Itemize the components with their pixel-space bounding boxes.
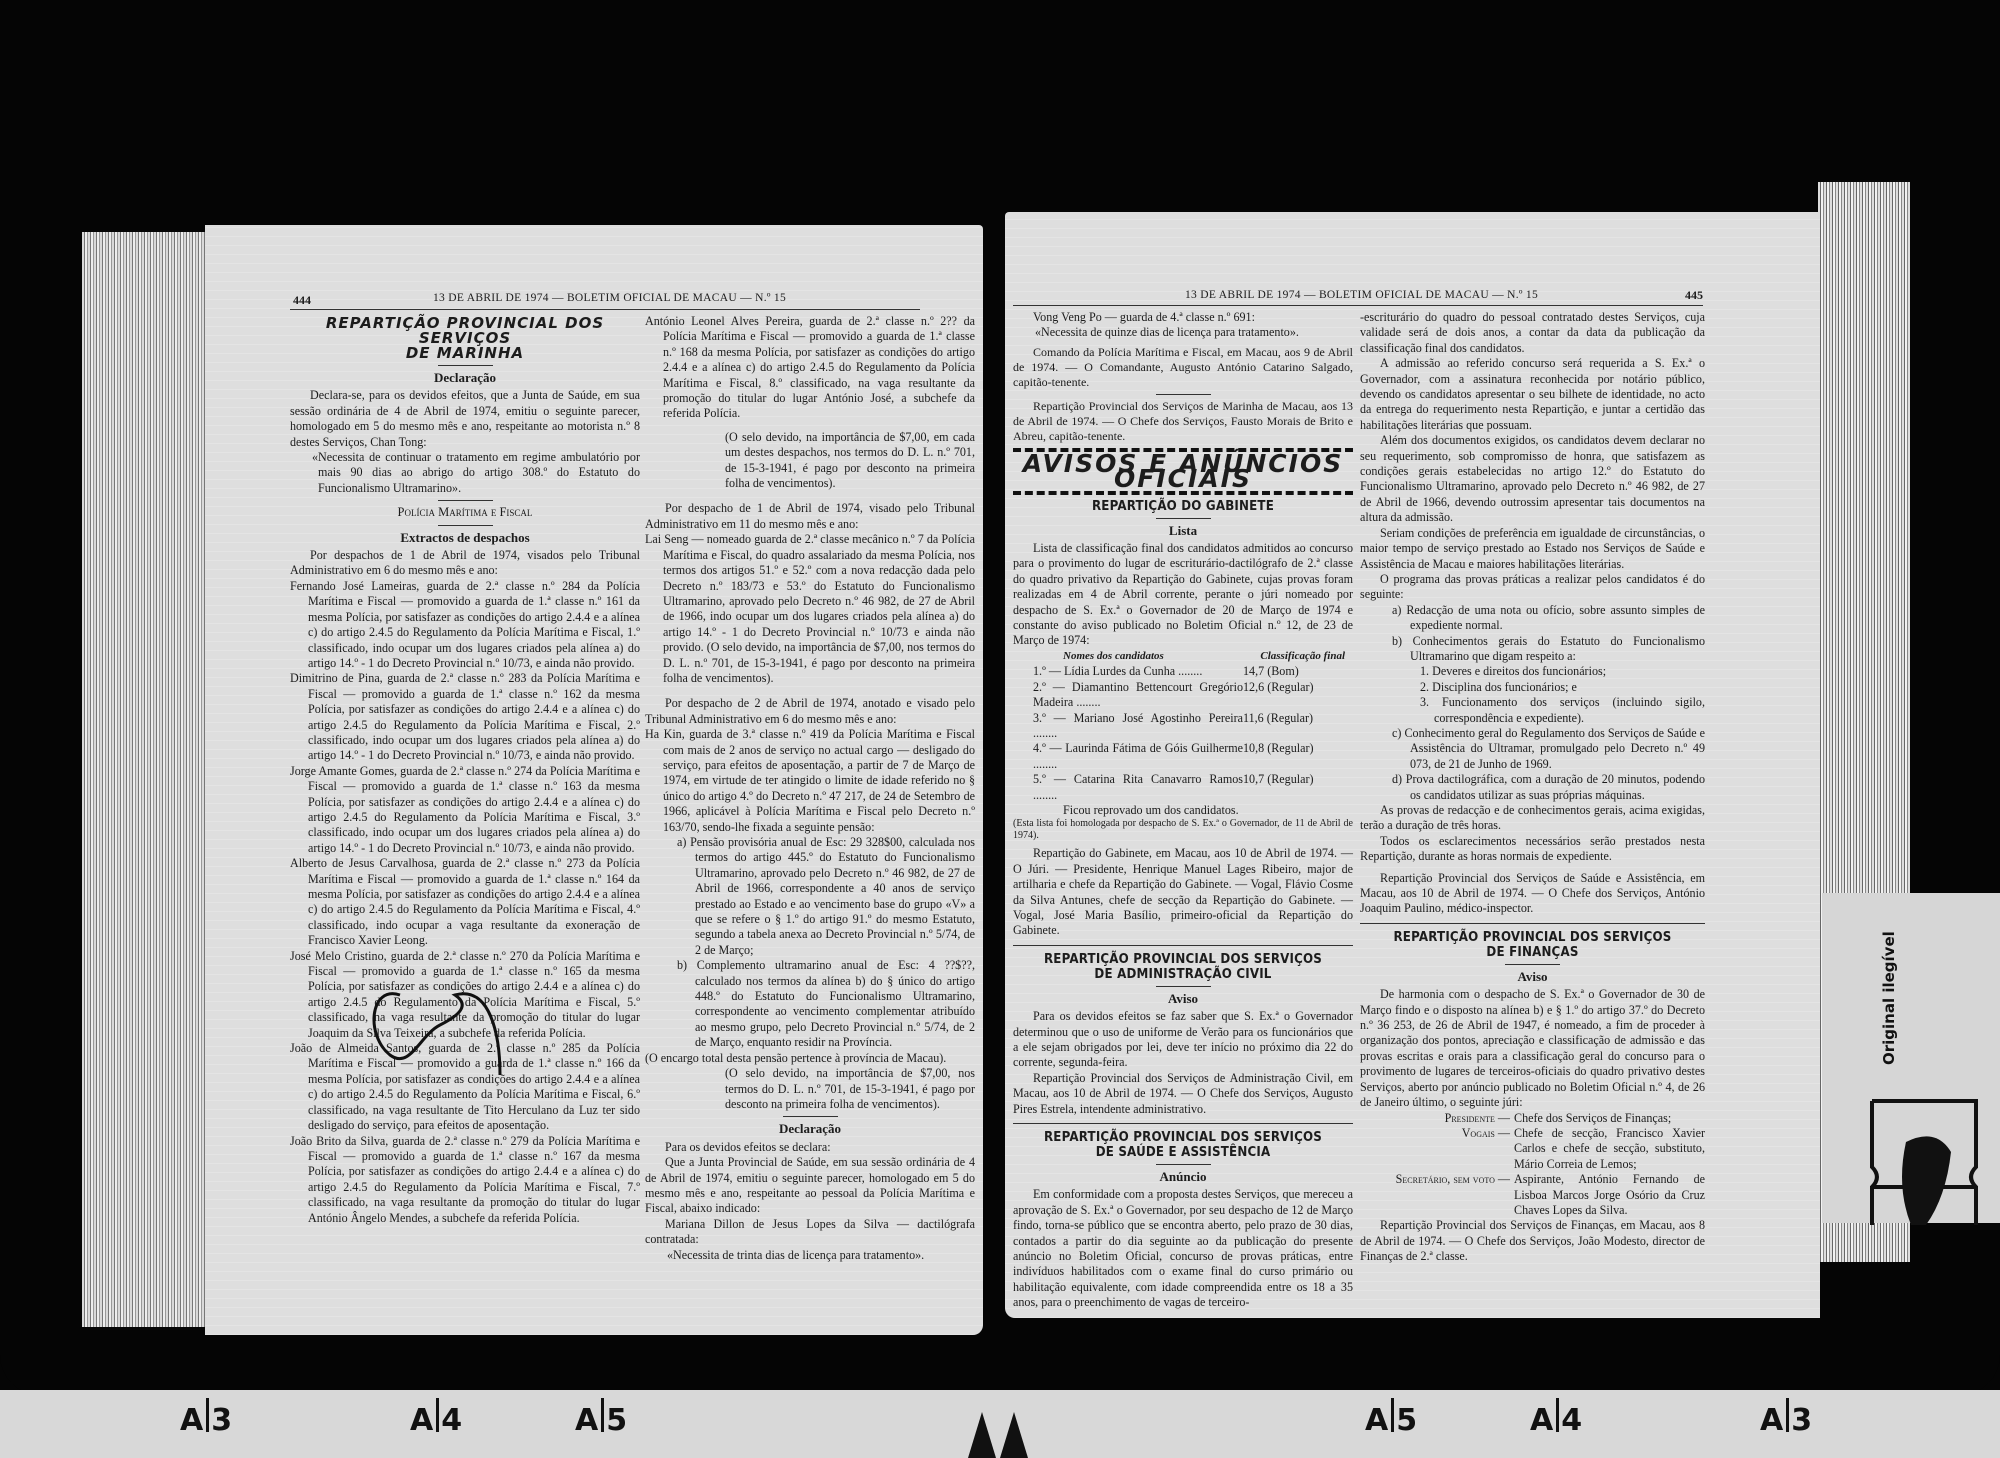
program-subitem: 3. Funcionamento dos serviços (incluindo… [1360,695,1705,726]
original-illegible-stamp: Original ilegível [1880,925,1910,1065]
dept-title-admin-civil: REPARTIÇÃO PROVINCIAL DOS SERVIÇOS DE AD… [1033,952,1332,982]
microfilm-frame-marker: A4 [1530,1398,1583,1438]
candidate-row: 5.º — Catarina Rita Canavarro Ramos ....… [1013,772,1353,803]
subsection-heading: Polícia Marítima e Fiscal [290,505,640,520]
divider [1360,923,1705,924]
heading-declaracao: Declaração [290,370,640,385]
signature-block: Comando da Polícia Marítima e Fiscal, em… [1013,345,1353,390]
jury-member: Chefe de secção, Francisco Xavier Carlos… [1514,1126,1705,1172]
left-page: 444 13 DE ABRIL DE 1974 — BOLETIM OFICIA… [205,225,983,1335]
dept-title-gabinete: REPARTIÇÃO DO GABINETE [1033,499,1332,514]
despacho-entry: António Leonel Alves Pereira, guarda de … [645,314,975,422]
page-number-left: 444 [293,293,311,308]
book-page-edges-left [82,232,207,1327]
paragraph: O programa das provas práticas a realiza… [1360,572,1705,603]
program-subitem: 1. Deveres e direitos dos funcionários; [1360,664,1705,679]
program-item: c) Conhecimento geral do Regulamento dos… [1360,726,1705,772]
despacho-entry: Ha Kin, guarda de 3.ª classe n.º 419 da … [645,727,975,835]
divider [438,365,493,366]
paragraph: (O encargo total desta pensão pertence à… [645,1051,975,1066]
page-number-right: 445 [1685,288,1703,303]
candidate-name: 3.º — Mariano José Agostinho Pereira ...… [1033,711,1243,742]
candidate-score: 14,7 (Bom) [1243,664,1353,679]
jury-row: Presidente —Chefe dos Serviços de Finanç… [1360,1111,1705,1126]
running-head-right: 13 DE ABRIL DE 1974 — BOLETIM OFICIAL DE… [1185,289,1538,301]
avisos-banner: AVISOS E ANÚNCIOS OFICIAIS [1013,448,1353,495]
signature-block: Repartição Provincial dos Serviços de Sa… [1360,871,1705,917]
program-item: b) Conhecimentos gerais do Estatuto do F… [1360,634,1705,665]
divider [1505,964,1560,965]
paragraph: Lista de classificação final dos candida… [1013,541,1353,649]
candidate-score: 11,6 (Regular) [1243,711,1353,742]
paragraph: Por despacho de 1 de Abril de 1974, visa… [645,501,975,532]
paragraph: Que a Junta Provincial de Saúde, em sua … [645,1155,975,1217]
candidate-row: 3.º — Mariano José Agostinho Pereira ...… [1013,711,1353,742]
paragraph: Para os devidos efeitos se declara: [645,1140,975,1155]
paragraph: Em conformidade com a proposta destes Se… [1013,1187,1353,1310]
dept-title-financas: REPARTIÇÃO PROVINCIAL DOS SERVIÇOS DE FI… [1381,930,1685,960]
candidate-name: 4.º — Laurinda Fátima de Góis Guilherme … [1033,741,1243,772]
paragraph: A admissão ao referido concurso será req… [1360,356,1705,433]
candidate-name: 2.º — Diamantino Bettencourt Gregório Ma… [1033,680,1243,711]
signature-block: Repartição do Gabinete, em Macau, aos 10… [1013,846,1353,938]
despacho-entry: João Brito da Silva, guarda de 2.ª class… [290,1134,640,1226]
paragraph: Por despacho de 2 de Abril de 1974, anot… [645,696,975,727]
divider [1013,945,1353,946]
divider [1156,394,1211,395]
microfilm-frame-marker: A3 [180,1398,233,1438]
candidate-score: 10,7 (Regular) [1243,772,1353,803]
divider [438,500,493,501]
selo-note: (O selo devido, na importância de $7,00,… [645,430,975,492]
heading-anuncio: Anúncio [1013,1169,1353,1184]
divider [1156,1164,1211,1165]
paragraph: Seriam condições de preferência em igual… [1360,526,1705,572]
microfilm-frame-marker: A3 [1760,1398,1813,1438]
left-page-column-2: António Leonel Alves Pereira, guarda de … [645,314,975,1263]
microfilm-frame-marker: A5 [575,1398,628,1438]
signature-block: Repartição Provincial dos Serviços de Fi… [1360,1218,1705,1264]
candidate-list-header: Nomes dos candidatos Classificação final [1013,649,1353,664]
jury-row: Secretário, sem voto —Aspirante, António… [1360,1172,1705,1218]
heading-lista: Lista [1013,523,1353,538]
program-subitem: 2. Disciplina dos funcionários; e [1360,680,1705,695]
program-item: d) Prova dactilográfica, com a duração d… [1360,772,1705,803]
divider [438,525,493,526]
right-page: 13 DE ABRIL DE 1974 — BOLETIM OFICIAL DE… [1005,212,1820,1318]
dept-title-saude: REPARTIÇÃO PROVINCIAL DOS SERVIÇOS DE SA… [1033,1130,1332,1160]
candidate-row: 1.º — Lídia Lurdes da Cunha ........14,7… [1013,664,1353,679]
program-item: a) Redacção de uma nota ou ofício, sobre… [1360,603,1705,634]
candidate-score: 10,8 (Regular) [1243,741,1353,772]
pension-item: b) Complemento ultramarino anual de Esc:… [645,958,975,1050]
note: (Esta lista foi homologada por despacho … [1013,818,1353,842]
paragraph: As provas de redacção e de conhecimentos… [1360,803,1705,834]
despacho-entry: Fernando José Lameiras, guarda de 2.ª cl… [290,579,640,671]
jury-list: Presidente —Chefe dos Serviços de Finanç… [1360,1111,1705,1219]
paragraph: Para os devidos efeitos se faz saber que… [1013,1009,1353,1071]
book-gutter [983,220,1005,1350]
signature-block: Repartição Provincial dos Serviços de Ma… [1013,399,1353,444]
paragraph: Além dos documentos exigidos, os candida… [1360,433,1705,525]
quote: «Necessita de trinta dias de licença par… [645,1248,975,1263]
heading-extractos: Extractos de despachos [290,530,640,545]
right-page-column-2: -escriturário do quadro do pessoal contr… [1360,310,1705,1265]
paragraph: Ficou reprovado um dos candidatos. [1013,803,1353,818]
jury-member: Aspirante, António Fernando de Lisboa Ma… [1514,1172,1705,1218]
candidate-row: 4.º — Laurinda Fátima de Góis Guilherme … [1013,741,1353,772]
paragraph: Mariana Dillon de Jesus Lopes da Silva —… [645,1217,975,1248]
despacho-entry: Jorge Amante Gomes, guarda de 2.ª classe… [290,764,640,856]
microfilm-frame-marker: A4 [410,1398,463,1438]
quote: «Necessita de quinze dias de licença par… [1013,325,1353,340]
heading-aviso: Aviso [1360,969,1705,984]
paragraph: Declara-se, para os devidos efeitos, que… [290,388,640,450]
right-page-column-1: Vong Veng Po — guarda de 4.ª classe n.º … [1013,310,1353,1311]
microfilm-frame-marker: A5 [1365,1398,1418,1438]
left-page-column-1: REPARTIÇÃO PROVINCIAL DOS SERVIÇOS DE MA… [290,314,640,1226]
candidate-row: 2.º — Diamantino Bettencourt Gregório Ma… [1013,680,1353,711]
paragraph: Todos os esclarecimentos necessários ser… [1360,834,1705,865]
spine-marker-left [968,1412,996,1458]
heading-declaracao: Declaração [645,1121,975,1136]
book-illegible-icon [1866,1097,1984,1225]
paragraph: Por despachos de 1 de Abril de 1974, vis… [290,548,640,579]
divider [1013,1123,1353,1124]
header-rule [1013,305,1703,306]
jury-role: Secretário, sem voto — [1360,1172,1514,1218]
divider [1156,518,1211,519]
despacho-entry: Alberto de Jesus Carvalhosa, guarda de 2… [290,856,640,948]
pension-item: a) Pensão provisória anual de Esc: 29 32… [645,835,975,958]
heading-aviso: Aviso [1013,991,1353,1006]
jury-role: Vogais — [1360,1126,1514,1172]
jury-role: Presidente — [1360,1111,1514,1126]
despacho-entry: Dimitrino de Pina, guarda de 2.ª classe … [290,671,640,763]
section-title-marinha: REPARTIÇÃO PROVINCIAL DOS SERVIÇOS DE MA… [290,316,640,361]
running-head-left: 13 DE ABRIL DE 1974 — BOLETIM OFICIAL DE… [433,292,786,304]
despacho-entry: Lai Seng — nomeado guarda de 2.ª classe … [645,532,975,686]
candidate-score: 12,6 (Regular) [1243,680,1353,711]
spine-marker-right [1000,1412,1028,1458]
header-rule [290,309,920,310]
divider [783,1116,838,1117]
paragraph: Vong Veng Po — guarda de 4.ª classe n.º … [1013,310,1353,325]
selo-note: (O selo devido, na importância de $7,00,… [645,1066,975,1112]
paragraph: -escriturário do quadro do pessoal contr… [1360,310,1705,356]
jury-row: Vogais —Chefe de secção, Francisco Xavie… [1360,1126,1705,1172]
candidate-name: 1.º — Lídia Lurdes da Cunha ........ [1033,664,1243,679]
candidate-name: 5.º — Catarina Rita Canavarro Ramos ....… [1033,772,1243,803]
book-bottom-shadow [0,1345,2000,1395]
pen-scribble-mark [360,975,540,1085]
jury-member: Chefe dos Serviços de Finanças; [1514,1111,1705,1126]
candidate-list: 1.º — Lídia Lurdes da Cunha ........14,7… [1013,664,1353,803]
paragraph: De harmonia com o despacho de S. Ex.ª o … [1360,987,1705,1110]
divider [1156,986,1211,987]
quote: «Necessita de continuar o tratamento em … [290,450,640,496]
signature-block: Repartição Provincial dos Serviços de Ad… [1013,1071,1353,1117]
